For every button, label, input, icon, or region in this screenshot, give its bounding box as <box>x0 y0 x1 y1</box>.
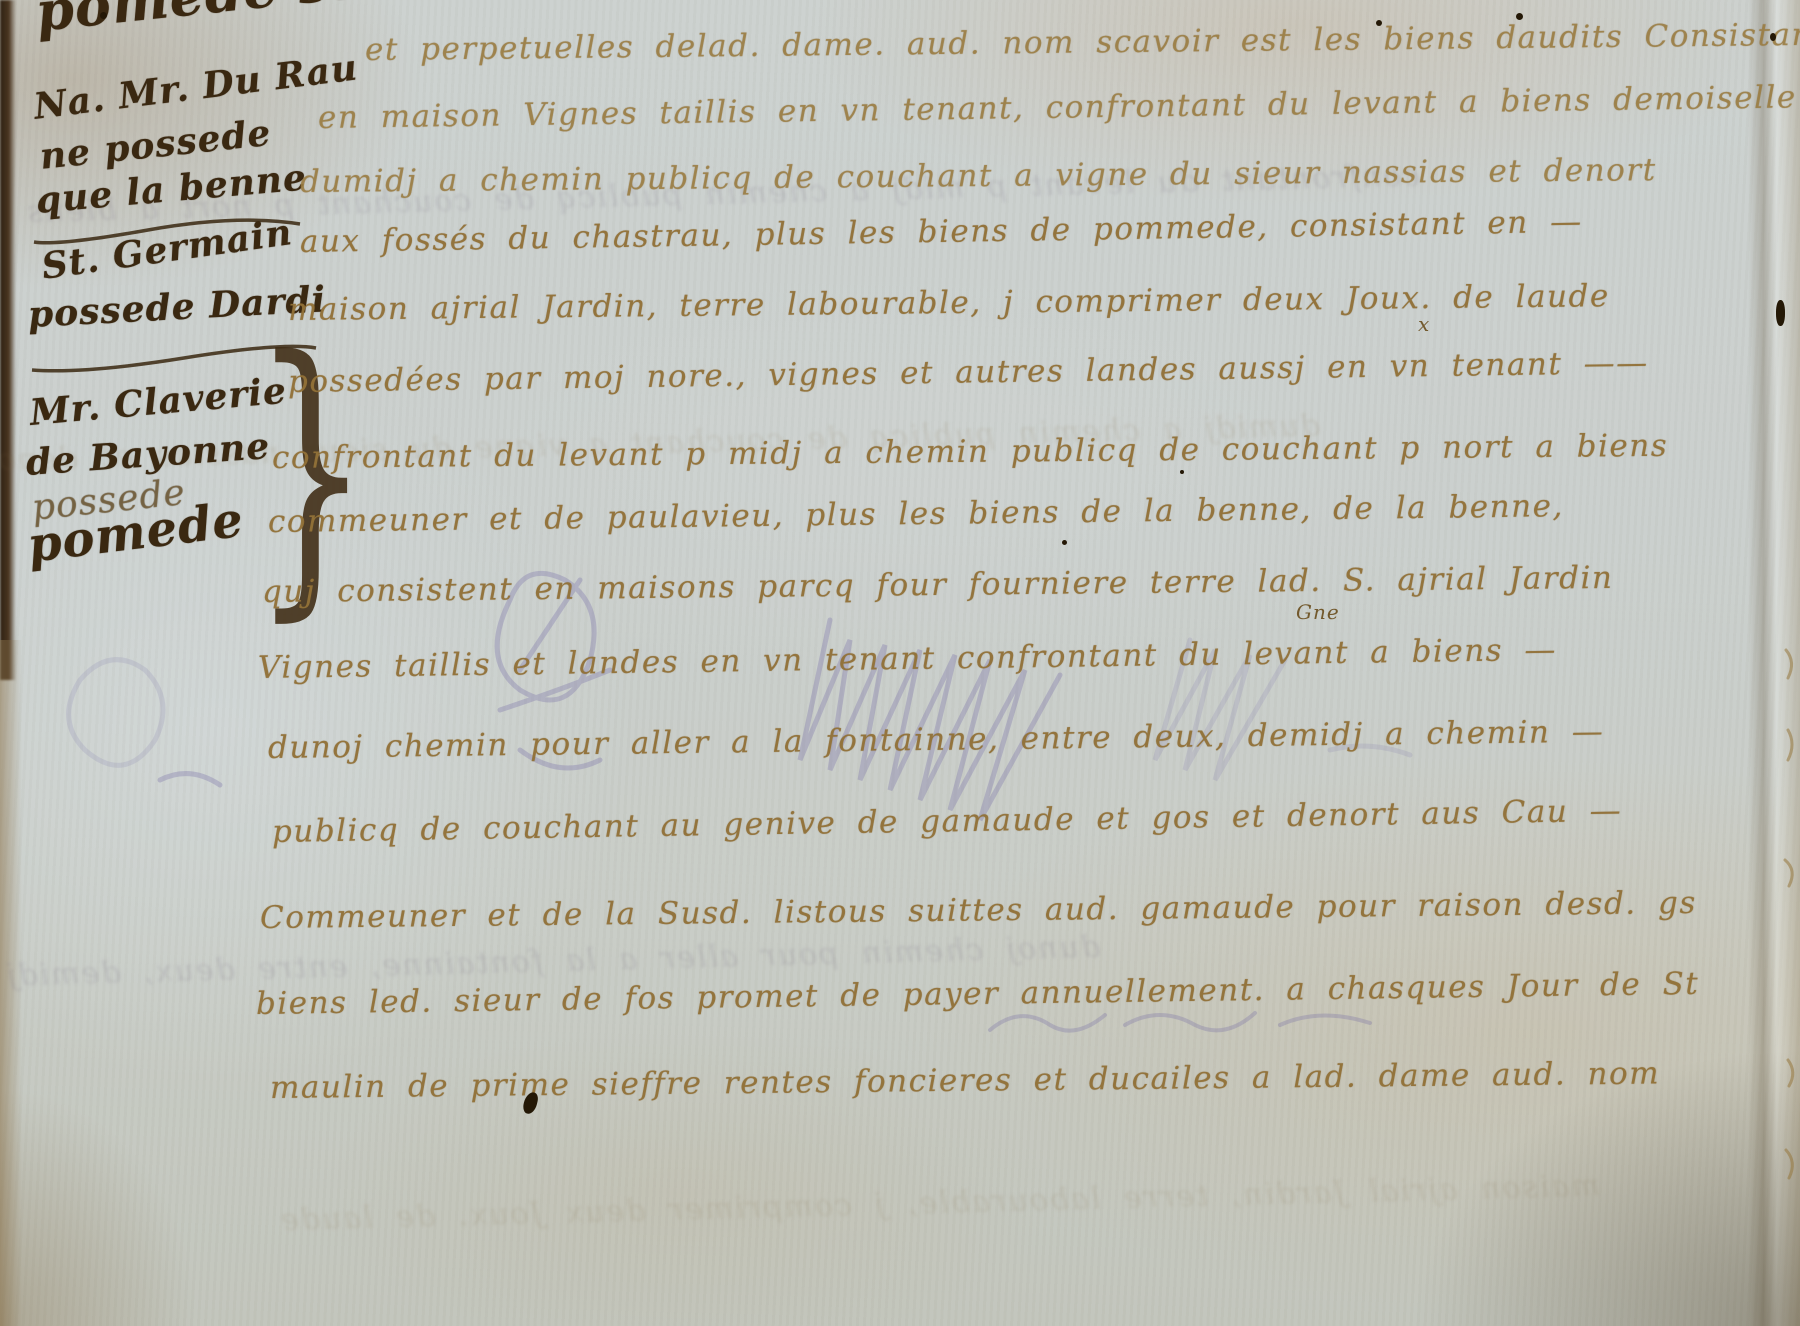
corner-stain-bottom-left <box>0 1086 200 1326</box>
manuscript-line-9: quj consistent en maisons parcq four fou… <box>262 560 1614 610</box>
margin-note-top: pomede st <box>33 0 358 44</box>
binding-edge <box>0 0 16 680</box>
manuscript-line-5: maison ajrial Jardin, terre labourable, … <box>288 278 1610 328</box>
margin-note-claverie-1: Mr. Claverie <box>28 370 288 434</box>
margin-note-owner-duran-1: Na. Mr. Du Rau <box>31 46 360 127</box>
ink-speck <box>100 12 107 19</box>
superscript-gne: Gne <box>1296 600 1340 624</box>
ink-speck <box>1770 33 1776 41</box>
ink-blot-fold <box>1776 300 1785 326</box>
ink-speck <box>1180 470 1184 474</box>
manuscript-line-3: dumidj a chemin publicq de couchant a vi… <box>300 152 1657 200</box>
manuscript-page-photo: confrontant du levant p midj a chemin pu… <box>0 0 1800 1326</box>
manuscript-line-12: publicq de couchant au genive de gamaude… <box>272 793 1623 850</box>
superscript-x: x <box>1418 312 1430 336</box>
manuscript-line-8: commeuner et de paulavieu, plus les bien… <box>268 488 1564 540</box>
ink-speck <box>1062 540 1067 545</box>
ink-speck <box>1376 20 1382 26</box>
manuscript-line-10: Vignes taillis et landes en vn tenant co… <box>258 632 1557 686</box>
manuscript-line-13: Commeuner et de la Susd. listous suittes… <box>260 885 1697 936</box>
manuscript-line-1: et perpetuelles delad. dame. aud. nom sc… <box>365 17 1800 68</box>
manuscript-line-11: dunoj chemin pour aller a la fontainne, … <box>268 714 1605 766</box>
manuscript-line-6: possedées par moj nore., vignes et autre… <box>288 345 1649 400</box>
ink-speck <box>1516 13 1523 20</box>
manuscript-line-2: en maison Vignes taillis en vn tenant, c… <box>318 79 1797 136</box>
